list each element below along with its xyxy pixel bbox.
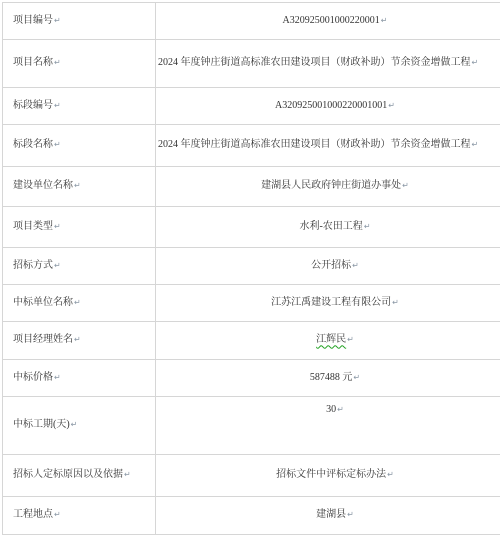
row-label-text: 项目名称 bbox=[13, 57, 53, 68]
row-value-text: 建湖县人民政府钟庄街道办事处 bbox=[261, 180, 401, 191]
paragraph-mark-icon: ↵ bbox=[387, 470, 394, 479]
paragraph-mark-icon: ↵ bbox=[337, 405, 344, 414]
bid-info-table: 项目编号↵ A320925001000220001↵ ↵ 项目名称↵ 2024 … bbox=[2, 2, 500, 535]
paragraph-mark-icon: ↵ bbox=[54, 261, 61, 270]
row-value-text: 公开招标 bbox=[311, 260, 351, 271]
row-label-text: 中标单位名称 bbox=[13, 297, 73, 308]
row-label-text: 招标方式 bbox=[13, 260, 53, 271]
table-row: 标段编号↵ A320925001000220001001↵ ↵ bbox=[3, 88, 500, 125]
paragraph-mark-icon: ↵ bbox=[54, 373, 61, 382]
row-label-text: 项目经理姓名 bbox=[13, 334, 73, 345]
row-label-text: 招标人定标原因以及依据 bbox=[13, 469, 123, 480]
paragraph-mark-icon: ↵ bbox=[352, 261, 359, 270]
row-label-text: 标段名称 bbox=[13, 139, 53, 150]
table-row: 项目名称↵ 2024 年度钟庄街道高标准农田建设项目（财政补助）节余资金增做工程… bbox=[3, 40, 500, 88]
row-value-text: 招标文件中评标定标办法 bbox=[276, 469, 386, 480]
paragraph-mark-icon: ↵ bbox=[54, 101, 61, 110]
row-value-text: 587488 元 bbox=[310, 372, 353, 383]
paragraph-mark-icon: ↵ bbox=[124, 470, 131, 479]
row-label-cell: 招标方式↵ bbox=[3, 248, 156, 285]
row-label-text: 项目编号 bbox=[13, 15, 53, 26]
row-value-text: 2024 年度钟庄街道高标准农田建设项目（财政补助）节余资金增做工程 bbox=[158, 139, 471, 150]
paragraph-mark-icon: ↵ bbox=[74, 298, 81, 307]
table-row: 项目类型↵ 水利-农田工程↵ ↵ bbox=[3, 207, 500, 248]
row-value-cell: A320925001000220001↵ ↵ bbox=[156, 3, 500, 40]
row-label-cell: 项目经理姓名↵ bbox=[3, 322, 156, 360]
paragraph-mark-icon: ↵ bbox=[74, 335, 81, 344]
row-label-text: 标段编号 bbox=[13, 100, 53, 111]
row-value-cell: 建湖县↵ ↵ bbox=[156, 497, 500, 535]
row-value-cell: 江苏江禹建设工程有限公司↵ ↵ bbox=[156, 285, 500, 322]
row-label-text: 建设单位名称 bbox=[13, 180, 73, 191]
paragraph-mark-icon: ↵ bbox=[54, 58, 61, 67]
paragraph-mark-icon: ↵ bbox=[472, 140, 479, 149]
row-value-text: 水利-农田工程 bbox=[299, 221, 362, 232]
row-value-cell: 587488 元↵ ↵ bbox=[156, 360, 500, 397]
row-label-cell: 中标工期(天)↵ bbox=[3, 397, 156, 455]
row-value-text: 2024 年度钟庄街道高标准农田建设项目（财政补助）节余资金增做工程 bbox=[158, 57, 471, 68]
row-label-cell: 标段编号↵ bbox=[3, 88, 156, 125]
row-value-text: 江辉民 bbox=[316, 334, 346, 345]
table-row: 建设单位名称↵ 建湖县人民政府钟庄街道办事处↵ ↵ bbox=[3, 167, 500, 207]
table-row: 项目经理姓名↵ 江辉民↵ ↵ bbox=[3, 322, 500, 360]
paragraph-mark-icon: ↵ bbox=[54, 140, 61, 149]
row-value-cell: 2024 年度钟庄街道高标准农田建设项目（财政补助）节余资金增做工程↵ ↵ bbox=[156, 125, 500, 167]
row-label-cell: 项目编号↵ bbox=[3, 3, 156, 40]
table-row: 项目编号↵ A320925001000220001↵ ↵ bbox=[3, 3, 500, 40]
paragraph-mark-icon: ↵ bbox=[353, 373, 360, 382]
table-row: 标段名称↵ 2024 年度钟庄街道高标准农田建设项目（财政补助）节余资金增做工程… bbox=[3, 125, 500, 167]
row-value-text: 江苏江禹建设工程有限公司 bbox=[271, 297, 391, 308]
row-value-cell: A320925001000220001001↵ ↵ bbox=[156, 88, 500, 125]
paragraph-mark-icon: ↵ bbox=[54, 222, 61, 231]
row-value-cell: 2024 年度钟庄街道高标准农田建设项目（财政补助）节余资金增做工程↵ ↵ bbox=[156, 40, 500, 88]
row-value-cell: 招标文件中评标定标办法↵ ↵ bbox=[156, 455, 500, 497]
paragraph-mark-icon: ↵ bbox=[347, 335, 354, 344]
table-row: 中标工期(天)↵ 30↵ ↵ bbox=[3, 397, 500, 455]
row-label-cell: 工程地点↵ bbox=[3, 497, 156, 535]
table-row: 中标价格↵ 587488 元↵ ↵ bbox=[3, 360, 500, 397]
row-label-cell: 建设单位名称↵ bbox=[3, 167, 156, 207]
paragraph-mark-icon: ↵ bbox=[472, 58, 479, 67]
row-label-cell: 招标人定标原因以及依据↵ bbox=[3, 455, 156, 497]
row-label-cell: 中标价格↵ bbox=[3, 360, 156, 397]
paragraph-mark-icon: ↵ bbox=[54, 16, 61, 25]
row-value-text: A320925001000220001001 bbox=[275, 100, 387, 111]
paragraph-mark-icon: ↵ bbox=[71, 420, 78, 429]
paragraph-mark-icon: ↵ bbox=[364, 222, 371, 231]
row-value-cell: 公开招标↵ ↵ bbox=[156, 248, 500, 285]
document-page: 项目编号↵ A320925001000220001↵ ↵ 项目名称↵ 2024 … bbox=[0, 0, 500, 537]
row-value-cell: 30↵ ↵ bbox=[156, 397, 500, 455]
paragraph-mark-icon: ↵ bbox=[347, 510, 354, 519]
row-value-cell: 江辉民↵ ↵ bbox=[156, 322, 500, 360]
bid-info-table-body: 项目编号↵ A320925001000220001↵ ↵ 项目名称↵ 2024 … bbox=[3, 3, 500, 535]
row-value-cell: 建湖县人民政府钟庄街道办事处↵ ↵ bbox=[156, 167, 500, 207]
paragraph-mark-icon: ↵ bbox=[381, 16, 388, 25]
row-value-text: 建湖县 bbox=[316, 509, 346, 520]
paragraph-mark-icon: ↵ bbox=[388, 101, 395, 110]
table-row: 中标单位名称↵ 江苏江禹建设工程有限公司↵ ↵ bbox=[3, 285, 500, 322]
row-value-cell: 水利-农田工程↵ ↵ bbox=[156, 207, 500, 248]
paragraph-mark-icon: ↵ bbox=[74, 181, 81, 190]
paragraph-mark-icon: ↵ bbox=[54, 510, 61, 519]
paragraph-mark-icon: ↵ bbox=[392, 298, 399, 307]
table-row: 工程地点↵ 建湖县↵ ↵ bbox=[3, 497, 500, 535]
row-label-cell: 项目名称↵ bbox=[3, 40, 156, 88]
row-label-cell: 标段名称↵ bbox=[3, 125, 156, 167]
row-label-text: 中标价格 bbox=[13, 372, 53, 383]
table-row: 招标人定标原因以及依据↵ 招标文件中评标定标办法↵ ↵ bbox=[3, 455, 500, 497]
table-row: 招标方式↵ 公开招标↵ ↵ bbox=[3, 248, 500, 285]
row-value-text: A320925001000220001 bbox=[283, 15, 380, 26]
row-label-text: 工程地点 bbox=[13, 509, 53, 520]
paragraph-mark-icon: ↵ bbox=[402, 181, 409, 190]
row-label-text: 项目类型 bbox=[13, 221, 53, 232]
row-label-cell: 中标单位名称↵ bbox=[3, 285, 156, 322]
row-value-text: 30 bbox=[326, 404, 336, 415]
row-label-text: 中标工期(天) bbox=[13, 419, 70, 430]
row-label-cell: 项目类型↵ bbox=[3, 207, 156, 248]
